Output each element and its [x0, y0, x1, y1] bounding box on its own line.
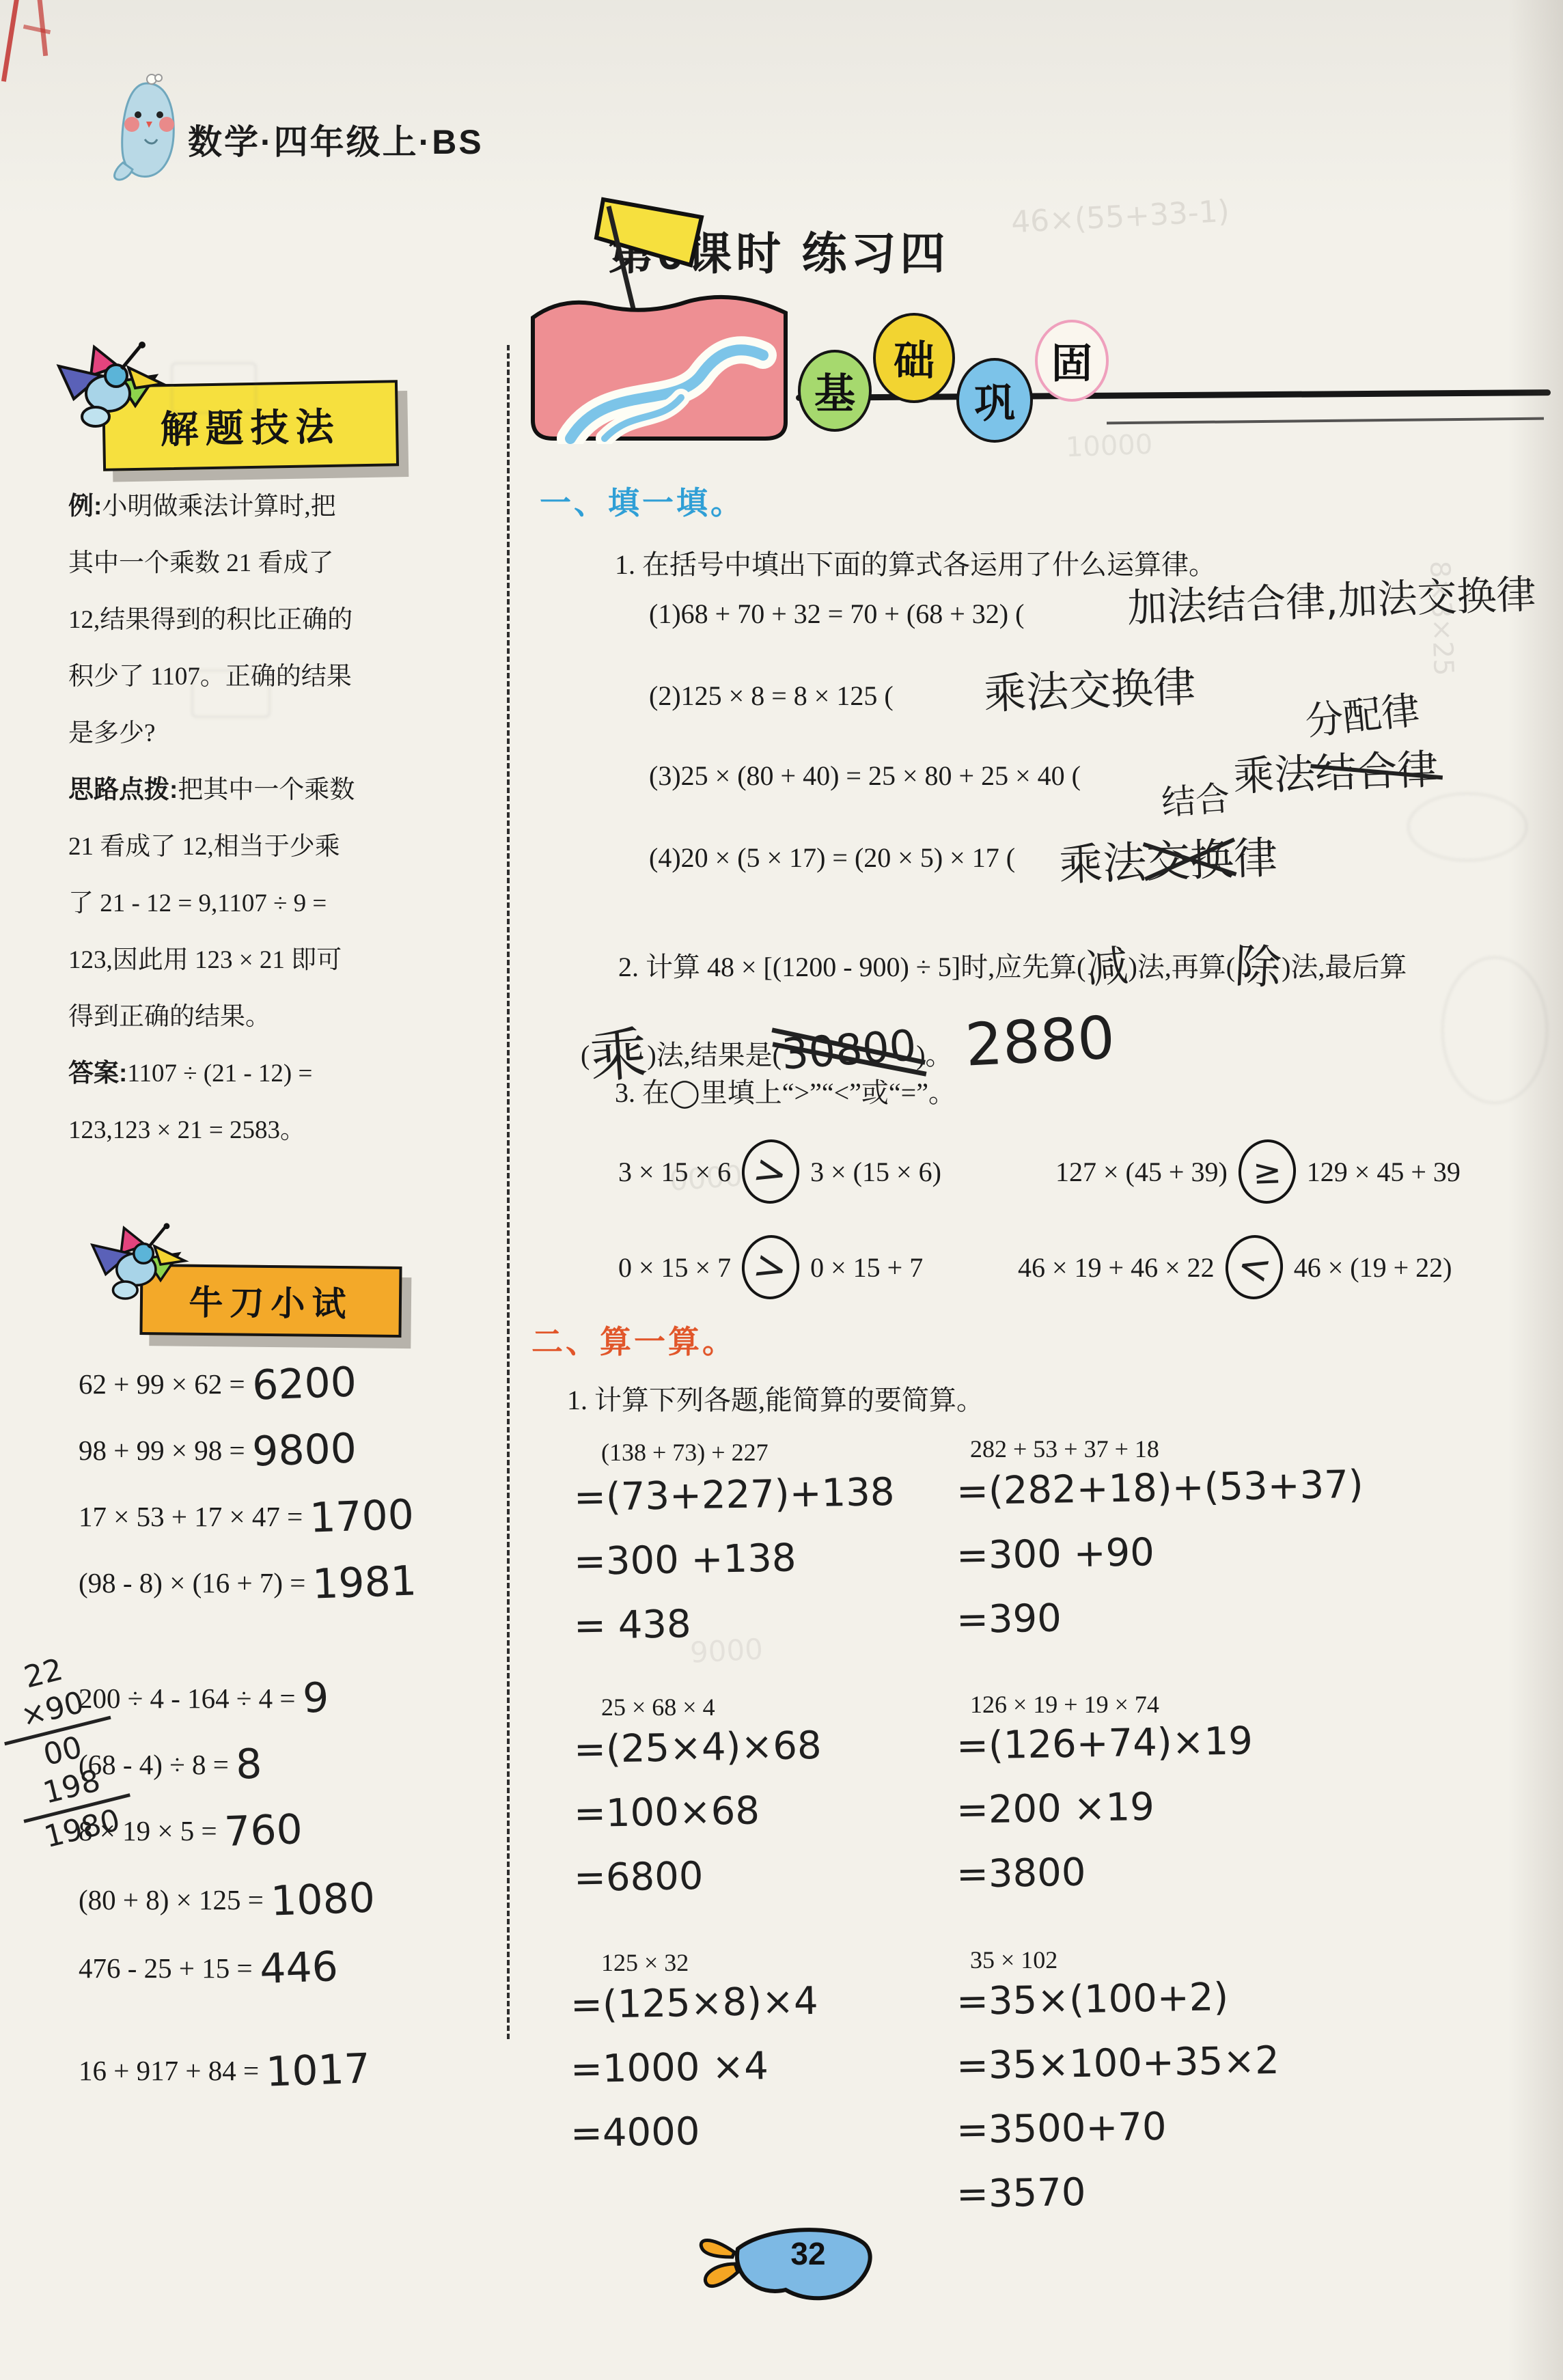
handwritten-answer: 1080	[270, 1874, 376, 1925]
solution-step: = 438	[573, 1589, 895, 1659]
bleedthrough-text: 46×(55+33-1)	[1010, 194, 1230, 240]
sec2-q1-instruction: 1. 计算下列各题,能简算的要简算。	[567, 1379, 984, 1417]
practice-problem-row: 17 × 53 + 17 × 47 =1700	[79, 1489, 414, 1536]
fill-expression: (4)20 × (5 × 17) = (20 × 5) × 17 (	[649, 842, 1015, 873]
comparison-left-expr: 127 × (45 + 39)	[1055, 1156, 1228, 1188]
fill-item-3: (3)25 × (80 + 40) = 25 × 80 + 25 × 40 ( …	[649, 760, 1081, 792]
tech-line: 积少了 1107。正确的结果	[68, 648, 485, 705]
tech-line: 12,结果得到的积比正确的	[68, 592, 485, 648]
comparison-right-expr: 129 × 45 + 39	[1307, 1156, 1461, 1188]
q3-instruction: 3. 在◯里填上“>”“<”或“=”。	[615, 1071, 956, 1110]
problem-expression: 16 + 917 + 84 =	[79, 2055, 259, 2086]
problem-expression: (98 - 8) × (16 + 7) =	[79, 1567, 305, 1599]
solution-step: =300 +138	[573, 1525, 895, 1594]
problem-expression: 98 + 99 × 98 =	[79, 1435, 245, 1466]
handwritten-law-answer: 乘法结合律	[1232, 737, 1439, 803]
tech-line: 得到正确的结果。	[68, 988, 485, 1045]
comparison-pair: 0 × 15 × 7 > 0 × 15 + 7	[618, 1235, 923, 1299]
badge-bubble: 巩	[956, 358, 1033, 443]
badge-char: 固	[1051, 331, 1092, 390]
struck-wrong-result: 30800	[780, 1020, 918, 1079]
handwritten-op: 减	[1083, 931, 1131, 995]
tech-line-text: 了 21 - 12 = 9,1107 ÷ 9 =	[68, 889, 327, 917]
handwritten-answer: 8	[235, 1740, 263, 1788]
handwritten-comparison-mark: ≥	[1252, 1151, 1282, 1191]
solution-step: =100×68	[573, 1778, 822, 1846]
problem-expression: 17 × 53 + 17 × 47 =	[79, 1501, 303, 1532]
tech-line-text: 得到正确的结果。	[68, 1003, 271, 1031]
practice-problem-row: 476 - 25 + 15 =446	[79, 1940, 337, 1988]
comparison-circle: >	[738, 1137, 802, 1206]
handwritten-answer: 760	[223, 1805, 303, 1856]
q2-text: )法,结果是(	[647, 1040, 781, 1070]
problem-expression: 62 + 99 × 62 =	[79, 1368, 245, 1400]
fill-expression: (2)125 × 8 = 8 × 125 (	[649, 680, 894, 711]
handwritten-solution-steps: =(25×4)×68 =100×68 =6800	[574, 1716, 822, 1909]
badge-char: 基	[814, 361, 855, 420]
practice-problem-row: (80 + 8) × 125 =1080	[79, 1872, 375, 1920]
bleedthrough-text: 10000	[1065, 429, 1153, 463]
seal-mascot-icon	[109, 74, 184, 183]
solution-step: =3500+70	[956, 2093, 1280, 2163]
solution-step: =(73+227)+138	[573, 1461, 895, 1530]
handwritten-answer: 6200	[251, 1358, 357, 1409]
column-divider	[507, 345, 510, 2039]
tech-line-text: 123,因此用 123 × 21 即可	[68, 946, 342, 974]
tech-line: 123,因此用 123 × 21 即可	[68, 932, 485, 988]
handwritten-solution-steps: =(282+18)+(53+37) =300 +90 =390	[956, 1456, 1364, 1649]
workbook-page: 数学·四年级上·BS 第6课时 练习四 解题技法 例:小明做乘法计算时,把 其中…	[0, 0, 1563, 2380]
comparison-pair: 46 × 19 + 46 × 22 < 46 × (19 + 22)	[1018, 1235, 1452, 1299]
handwritten-answer: 446	[259, 1943, 339, 1993]
tech-line-text: 123,123 × 21 = 2583。	[68, 1116, 305, 1144]
solution-step: =3570	[956, 2157, 1280, 2227]
bleedthrough-scribble	[1407, 792, 1527, 861]
section1-header: 一、填一填。	[540, 478, 745, 523]
handwritten-law-answer: 乘法交换律	[1057, 822, 1278, 893]
comparison-pair: 3 × 15 × 6 > 3 × (15 × 6)	[618, 1139, 941, 1204]
comparison-circle: ≥	[1235, 1137, 1299, 1206]
problem-expression: 476 - 25 + 15 =	[79, 1952, 253, 1984]
solution-step: =(25×4)×68	[573, 1714, 822, 1782]
section2-header: 二、算一算。	[531, 1317, 736, 1362]
practice-banner-label: 牛刀小试	[189, 1275, 353, 1327]
solution-step: =1000 ×4	[570, 2034, 818, 2102]
tech-line: 了 21 - 12 = 9,1107 ÷ 9 =	[68, 875, 485, 932]
tech-line-label: 思路点拨:	[68, 775, 178, 803]
solution-step: =35×(100+2)	[956, 1965, 1280, 2034]
bleedthrough-scribble	[1441, 956, 1548, 1104]
handwritten-result: 2880	[963, 1004, 1116, 1079]
handwritten-solution-steps: =35×(100+2) =35×100+35×2 =3500+70 =3570	[956, 1967, 1280, 2224]
tech-line: 123,123 × 21 = 2583。	[68, 1102, 485, 1159]
handwritten-solution-steps: =(126+74)×19 =200 ×19 =3800	[956, 1712, 1253, 1905]
tech-line: 21 看成了 12,相当于少乘	[68, 818, 485, 875]
comparison-right-expr: 0 × 15 + 7	[810, 1251, 923, 1284]
handwritten-answer: 1017	[265, 2045, 371, 2096]
pond-with-flag-illustration	[523, 184, 796, 444]
solution-step: =(282+18)+(53+37)	[956, 1453, 1364, 1524]
comparison-circle: >	[738, 1232, 802, 1302]
tech-line-text: 其中一个乘数 21 看成了	[68, 549, 334, 577]
handwritten-law-answer: 乘法交换律	[983, 653, 1197, 721]
solution-step: =200 ×19	[956, 1773, 1253, 1843]
tech-line-label: 答案:	[68, 1059, 127, 1087]
q2-text: 2. 计算 48 × [(1200 - 900) ÷ 5]时,应先算(	[618, 952, 1085, 982]
page-number: 32	[777, 2235, 839, 2272]
calc-given-expression: (138 + 73) + 227	[601, 1438, 769, 1467]
solution-step: =4000	[570, 2098, 818, 2166]
comparison-circle: <	[1222, 1232, 1286, 1302]
fill-expression: (1)68 + 70 + 32 = 70 + (68 + 32) (	[649, 598, 1024, 629]
badge-bubble: 固	[1035, 320, 1109, 402]
handwritten-answer: 1700	[309, 1491, 415, 1542]
handwritten-answer: 1981	[312, 1557, 417, 1608]
tech-line: 其中一个乘数 21 看成了	[68, 535, 485, 592]
tech-line-text: 1107 ÷ (21 - 12) =	[127, 1060, 312, 1088]
comparison-right-expr: 3 × (15 × 6)	[810, 1156, 941, 1188]
comparison-left-expr: 0 × 15 × 7	[618, 1251, 731, 1284]
tech-line-text: 把其中一个乘数	[178, 776, 355, 804]
tech-line: 思路点拨:把其中一个乘数	[68, 762, 485, 818]
problem-expression: 200 ÷ 4 - 164 ÷ 4 =	[79, 1683, 296, 1714]
problem-expression: (80 + 8) × 125 =	[79, 1884, 264, 1915]
technique-example-text: 例:小明做乘法计算时,把 其中一个乘数 21 看成了 12,结果得到的积比正确的…	[68, 478, 485, 1159]
tech-line-text: 小明做乘法计算时,把	[102, 493, 335, 521]
badge-bubble: 础	[873, 313, 955, 403]
q2-line1: 2. 计算 48 × [(1200 - 900) ÷ 5]时,应先算(减)法,再…	[618, 924, 1407, 990]
practice-problem-row: 98 + 99 × 98 =9800	[79, 1422, 356, 1470]
fill-item-4: (4)20 × (5 × 17) = (20 × 5) × 17 ( 乘法交换律…	[649, 842, 1015, 874]
badge-char: 础	[894, 329, 935, 387]
answer-part: 乘法	[1058, 838, 1148, 891]
q2-text: )法,最后算	[1282, 952, 1407, 982]
pinwheel-rocket-icon	[53, 340, 180, 443]
struck-answer-part: 结合律	[1314, 737, 1439, 800]
handwritten-op: 除	[1234, 929, 1284, 997]
solution-step: =390	[956, 1581, 1364, 1652]
solution-step: =35×100+35×2	[956, 2029, 1280, 2099]
q2-text: )法,再算(	[1128, 952, 1235, 982]
comparison-left-expr: 3 × 15 × 6	[618, 1156, 731, 1188]
corner-pen-mark	[1, 0, 20, 82]
practice-problem-row: 62 + 99 × 62 =6200	[79, 1356, 356, 1404]
practice-problem-row: 200 ÷ 4 - 164 ÷ 4 =9	[79, 1670, 329, 1718]
practice-problem-row: (98 - 8) × (16 + 7) =1981	[79, 1555, 417, 1603]
handwritten-solution-steps: =(73+227)+138 =300 +138 = 438	[574, 1463, 895, 1656]
q2-line2: (乘)法,结果是(30800)。2880	[581, 999, 1114, 1081]
handwritten-comparison-mark: <	[1232, 1241, 1276, 1294]
solution-step: =3800	[956, 1838, 1253, 1907]
pinwheel-rocket-icon	[87, 1221, 200, 1314]
bleedthrough-scribble	[171, 362, 257, 414]
comparison-right-expr: 46 × (19 + 22)	[1294, 1251, 1452, 1284]
handwritten-comparison-mark: >	[749, 1241, 792, 1294]
tech-line-text: 21 看成了 12,相当于少乘	[68, 833, 340, 861]
crossed-answer-part: 交换	[1145, 825, 1234, 890]
comparison-pair: 127 × (45 + 39) ≥ 129 × 45 + 39	[1055, 1139, 1461, 1204]
brush-header-underline	[1107, 417, 1544, 425]
tech-line: 例:小明做乘法计算时,把	[68, 478, 485, 535]
tech-line-text: 12,结果得到的积比正确的	[68, 606, 352, 634]
badge-bubble: 基	[798, 350, 872, 432]
solution-step: =(125×8)×4	[570, 1969, 818, 2038]
answer-part: 律	[1233, 833, 1279, 885]
tech-line-text: 是多少?	[68, 719, 155, 747]
handwritten-solution-steps: =(125×8)×4 =1000 ×4 =4000	[570, 1971, 818, 2164]
fill-expression: (3)25 × (80 + 40) = 25 × 80 + 25 × 40 (	[649, 760, 1081, 791]
tech-line-label: 例:	[68, 492, 102, 520]
solution-step: =6800	[573, 1842, 822, 1911]
handwritten-correction: 分配律	[1302, 680, 1422, 746]
practice-problem-row: 16 + 917 + 84 =1017	[79, 2043, 370, 2090]
handwritten-correction: 结合	[1160, 771, 1232, 825]
handwritten-comparison-mark: >	[749, 1145, 792, 1198]
handwritten-answer: 9800	[251, 1424, 357, 1476]
fill-item-2: (2)125 × 8 = 8 × 125 ( 乘法交换律	[649, 680, 894, 712]
tech-line: 是多少?	[68, 705, 485, 762]
tech-line: 答案:1107 ÷ (21 - 12) =	[68, 1045, 485, 1102]
solution-step: =300 +90	[956, 1517, 1364, 1588]
comparison-left-expr: 46 × 19 + 46 × 22	[1018, 1251, 1215, 1284]
fill-item-1: (1)68 + 70 + 32 = 70 + (68 + 32) ( 加法结合律…	[649, 598, 1024, 630]
book-edition-title: 数学·四年级上·BS	[188, 115, 484, 164]
bleedthrough-scribble	[191, 669, 271, 718]
corner-pen-mark	[23, 25, 51, 34]
badge-char: 巩	[974, 371, 1015, 430]
answer-part: 乘法	[1232, 750, 1316, 801]
q2-text: )。	[916, 1040, 952, 1070]
solution-step: =(126+74)×19	[956, 1709, 1253, 1779]
handwritten-answer: 9	[302, 1674, 330, 1722]
